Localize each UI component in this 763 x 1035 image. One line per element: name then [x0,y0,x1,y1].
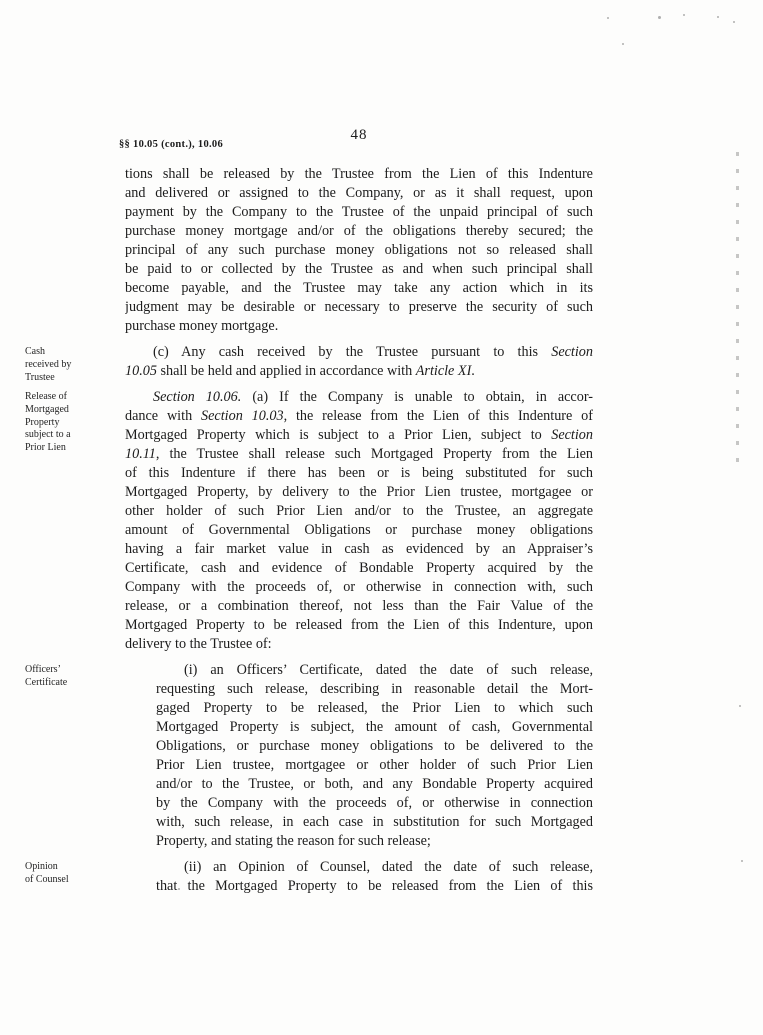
margin-note-line: Release of [25,391,117,404]
text-run: Company with the proceeds of, or otherwi… [125,579,593,595]
italic-text-run: 10.05 [125,363,157,379]
text-run: . [471,363,475,379]
para-10-05-continuation: tions shall be released by the Trustee f… [125,165,593,336]
text-run: Obligations, or purchase money obligatio… [156,738,593,754]
text-run: Mortgaged Property to be released from t… [125,617,593,633]
text-line: release, or a combination thereof, not l… [125,597,593,616]
text-line: 10.11, the Trustee shall release such Mo… [125,445,593,464]
margin-note-line: Officers’ [25,664,117,677]
text-run: be paid to or collected by the Trustee a… [125,261,593,277]
text-line: Prior Lien trustee, mortgagee or other h… [156,756,593,775]
text-run: gaged Property to be released, the Prior… [156,700,593,716]
text-run: judgment may be desirable or necessary t… [125,299,593,315]
text-line: (ii) an Opinion of Counsel, dated the da… [156,858,593,877]
margin-note-opinion-of-counsel: Opinionof Counsel [25,861,117,887]
text-line: judgment may be desirable or necessary t… [125,298,593,317]
text-run: dance with [125,408,201,424]
text-line: by the Company with the proceeds of, or … [156,794,593,813]
scan-speck [607,17,609,19]
text-line: be paid to or collected by the Trustee a… [125,260,593,279]
italic-text-run: Article XI [416,363,472,379]
margin-note-line: received by [25,359,117,372]
text-run: of this Indenture if there has been or i… [125,465,593,481]
text-line: tions shall be released by the Trustee f… [125,165,593,184]
text-run: Prior Lien trustee, mortgagee or other h… [156,757,593,773]
text-line: Obligations, or purchase money obligatio… [156,737,593,756]
running-head-section-numbers: §§ 10.05 (cont.), 10.06 [119,139,223,150]
margin-note-cash-received-by-trustee: Cashreceived byTrustee [25,346,117,384]
scan-speck [622,43,624,45]
margin-note-line: subject to a [25,429,117,442]
margin-note-line: Opinion [25,861,117,874]
text-line: and delivered or assigned to the Company… [125,184,593,203]
text-line: of this Indenture if there has been or i… [125,464,593,483]
scan-speck [739,705,741,707]
text-run: and delivered or assigned to the Company… [125,185,593,201]
text-run: (ii) an Opinion of Counsel, dated the da… [184,859,593,875]
italic-text-run: Section 10.03 [201,408,284,424]
scan-speck [178,888,180,890]
text-line: Certificate, cash and evidence of Bondab… [125,559,593,578]
text-line: that the Mortgaged Property to be releas… [156,877,593,896]
text-run: requesting such release, describing in r… [156,681,593,697]
margin-note-release-of-mortgaged-property: Release ofMortgagedPropertysubject to aP… [25,391,117,455]
para-10-06-a: Release ofMortgagedPropertysubject to aP… [125,388,593,654]
text-run: that the Mortgaged Property to be releas… [156,878,593,894]
text-run: Mortgaged Property, by delivery to the P… [125,484,593,500]
text-run: delivery to the Trustee of: [125,636,272,652]
text-line: delivery to the Trustee of: [125,635,593,654]
italic-text-run: Section [551,344,593,360]
text-line: Section 10.06. (a) If the Company is una… [125,388,593,407]
text-line: having a fair market value in cash as ev… [125,540,593,559]
text-line: principal of any such purchase money obl… [125,241,593,260]
text-run: principal of any such purchase money obl… [125,242,593,258]
text-line: other holder of such Prior Lien and/or t… [125,502,593,521]
margin-note-line: of Counsel [25,874,117,887]
text-line: with, such release, in each case in subs… [156,813,593,832]
text-run: and/or to the Trustee, or both, and any … [156,776,593,792]
text-run: payment by the Company to the Trustee of… [125,204,593,220]
text-line: Property, and stating the reason for suc… [156,832,593,851]
italic-text-run: 10.11 [125,446,156,462]
text-line: Mortgaged Property, by delivery to the P… [125,483,593,502]
text-run: with, such release, in each case in subs… [156,814,593,830]
text-line: amount of Governmental Obligations or pu… [125,521,593,540]
text-line: requesting such release, describing in r… [156,680,593,699]
text-line: gaged Property to be released, the Prior… [156,699,593,718]
text-line: 10.05 shall be held and applied in accor… [125,362,593,381]
para-10-06-a-ii: Opinionof Counsel(ii) an Opinion of Coun… [156,858,593,896]
text-run: other holder of such Prior Lien and/or t… [125,503,593,519]
text-run: (i) an Officers’ Certificate, dated the … [184,662,593,678]
scan-binding-marks [736,152,739,470]
text-run: (c) Any cash received by the Trustee pur… [153,344,551,360]
margin-note-officers-certificate: Officers’Certificate [25,664,117,690]
text-run: become payable, and the Trustee may take… [125,280,593,296]
scan-speck [658,16,661,19]
text-run: release, or a combination thereof, not l… [125,598,593,614]
text-run: (a) If the Company is unable to obtain, … [241,389,593,405]
text-line: (i) an Officers’ Certificate, dated the … [156,661,593,680]
text-line: purchase money mortgage and/or of the ob… [125,222,593,241]
text-run: tions shall be released by the Trustee f… [125,166,593,182]
text-run: shall be held and applied in accordance … [157,363,416,379]
text-run: , the Trustee shall release such Mortgag… [156,446,593,462]
text-run: Property, and stating the reason for suc… [156,833,431,849]
scan-speck [741,860,743,862]
para-10-06-a-i: Officers’Certificate(i) an Officers’ Cer… [156,661,593,851]
para-10-05-c: Cashreceived byTrustee(c) Any cash recei… [125,343,593,381]
text-run: purchase money mortgage. [125,318,278,334]
text-line: Mortgaged Property is subject, the amoun… [156,718,593,737]
text-run: amount of Governmental Obligations or pu… [125,522,593,538]
text-run: Certificate, cash and evidence of Bondab… [125,560,593,576]
text-run: Mortgaged Property which is subject to a… [125,427,551,443]
italic-text-run: Section [551,427,593,443]
text-line: payment by the Company to the Trustee of… [125,203,593,222]
text-run: Mortgaged Property is subject, the amoun… [156,719,593,735]
text-line: Company with the proceeds of, or otherwi… [125,578,593,597]
scanned-document-page: 48 §§ 10.05 (cont.), 10.06 tions shall b… [0,0,763,1035]
margin-note-line: Cash [25,346,117,359]
margin-note-line: Property [25,417,117,430]
margin-note-line: Trustee [25,372,117,385]
text-run: by the Company with the proceeds of, or … [156,795,593,811]
scan-speck [717,16,719,18]
margin-note-line: Mortgaged [25,404,117,417]
page-body: tions shall be released by the Trustee f… [125,165,593,896]
margin-note-line: Prior Lien [25,442,117,455]
text-run: purchase money mortgage and/or of the ob… [125,223,593,239]
scan-speck [733,21,735,23]
text-run: , the release from the Lien of this Inde… [284,408,593,424]
text-line: Mortgaged Property to be released from t… [125,616,593,635]
scan-speck [683,14,685,16]
text-line: purchase money mortgage. [125,317,593,336]
text-line: become payable, and the Trustee may take… [125,279,593,298]
margin-note-line: Certificate [25,677,117,690]
text-line: Mortgaged Property which is subject to a… [125,426,593,445]
text-line: (c) Any cash received by the Trustee pur… [125,343,593,362]
text-line: dance with Section 10.03, the release fr… [125,407,593,426]
italic-text-run: Section 10.06. [153,389,241,405]
text-line: and/or to the Trustee, or both, and any … [156,775,593,794]
text-run: having a fair market value in cash as ev… [125,541,593,557]
